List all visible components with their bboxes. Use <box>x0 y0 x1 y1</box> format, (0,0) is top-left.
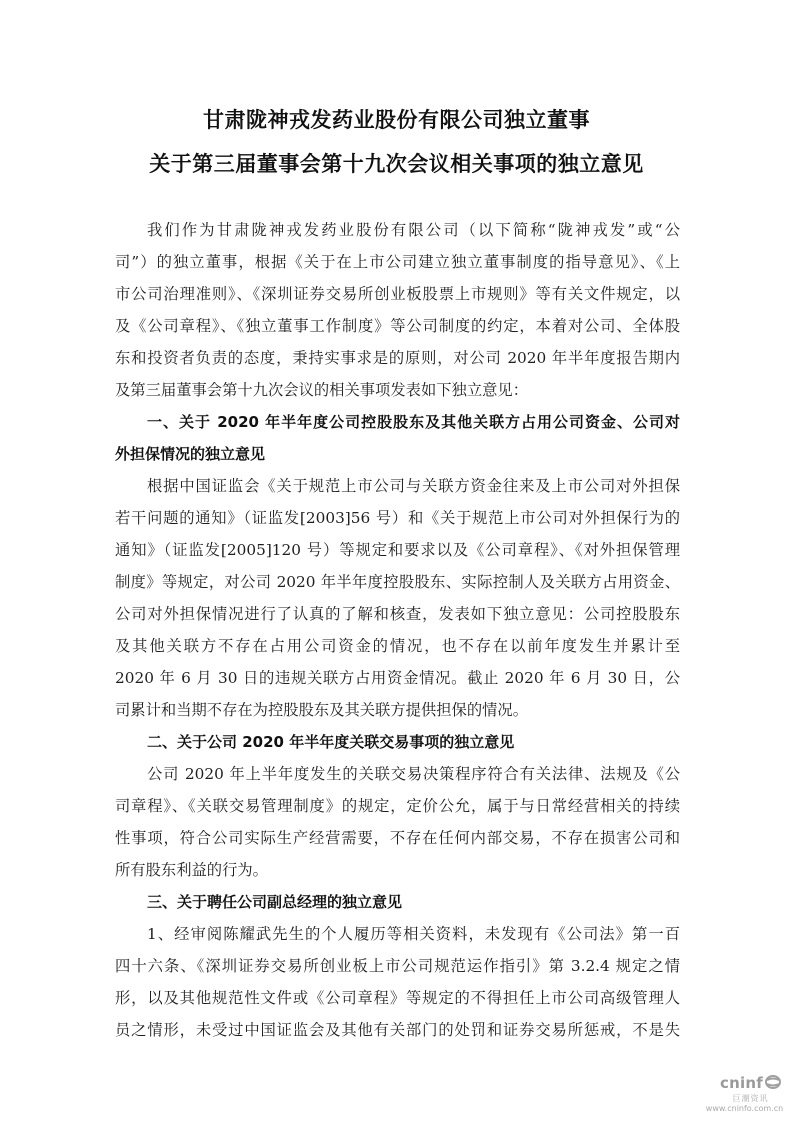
text-line: 形，以及其他规范性文件或《公司章程》等规定的不得担任上市公司高级管理人 <box>115 988 680 1008</box>
text-line: 东和投资者负责的态度，秉持实事求是的原则，对公司 2020 年半年度报告期内 <box>115 348 680 368</box>
text-line: 1、经审阅陈耀武先生的个人履历等相关资料，未发现有《公司法》第一百 <box>147 924 680 944</box>
text-line: 公司 2020 年上半年度发生的关联交易决策程序符合有关法律、法规及《公 <box>147 764 680 784</box>
section-1-heading-cont: 外担保情况的独立意见 <box>115 444 680 464</box>
text-line: 及《公司章程》、《独立董事工作制度》等公司制度的约定，本着对公司、全体股 <box>115 316 680 336</box>
section-1-heading: 一、关于 2020 年半年度公司控股股东及其他关联方占用公司资金、公司对 <box>147 412 680 432</box>
text-line: 所有股东利益的行为。 <box>115 860 680 880</box>
text-line: 通知》（证监发[2005]120 号）等规定和要求以及《公司章程》、《对外担保管… <box>115 540 680 560</box>
text-line: 员之情形，未受过中国证监会及其他有关部门的处罚和证券交易所惩戒，不是失 <box>115 1020 680 1040</box>
text-line: 市公司治理准则》、《深圳证券交易所创业板股票上市规则》等有关文件规定，以 <box>115 284 680 304</box>
watermark-brand-cn: 巨潮资讯 <box>708 1094 793 1104</box>
text-line: 根据中国证监会《关于规范上市公司与关联方资金往来及上市公司对外担保 <box>147 476 680 496</box>
cninfo-logo: cninf <box>708 1074 793 1093</box>
cninfo-watermark: cninf 巨潮资讯 www.cninfo.com.cn <box>708 1074 793 1114</box>
watermark-url: www.cninfo.com.cn <box>696 1104 793 1114</box>
section-2-heading: 二、关于公司 2020 年半年度关联交易事项的独立意见 <box>147 732 680 752</box>
text-line: 性事项，符合公司实际生产经营需要，不存在任何内部交易，不存在损害公司和 <box>115 828 680 848</box>
text-line: 及第三届董事会第十九次会议的相关事项发表如下独立意见： <box>115 380 680 400</box>
section-3-heading: 三、关于聘任公司副总经理的独立意见 <box>147 892 680 912</box>
text-line: 司累计和当期不存在为控股股东及其关联方提供担保的情况。 <box>115 700 680 720</box>
document-title-line-2: 关于第三届董事会第十九次会议相关事项的独立意见 <box>0 148 793 178</box>
text-line: 司”）的独立董事，根据《关于在上市公司建立独立董事制度的指导意见》、《上 <box>115 252 680 272</box>
cninfo-swirl-icon <box>765 1074 781 1093</box>
watermark-brand: cninf <box>720 1076 763 1091</box>
document-title-line-1: 甘肃陇神戎发药业股份有限公司独立董事 <box>0 104 793 134</box>
text-line: 制度》等规定，对公司 2020 年半年度控股股东、实际控制人及关联方占用资金、 <box>115 572 680 592</box>
text-line: 司章程》、《关联交易管理制度》的规定，定价公允，属于与日常经营相关的持续 <box>115 796 680 816</box>
text-line: 2020 年 6 月 30 日的违规关联方占用资金情况。截止 2020 年 6 … <box>115 668 680 688</box>
text-line: 及其他关联方不存在占用公司资金的情况，也不存在以前年度发生并累计至 <box>115 636 680 656</box>
text-line: 我们作为甘肃陇神戎发药业股份有限公司（以下简称“陇神戎发”或“公 <box>147 220 680 240</box>
text-line: 若干问题的通知》（证监发[2003]56 号）和《关于规范上市公司对外担保行为的 <box>115 508 680 528</box>
text-line: 四十六条、《深圳证券交易所创业板上市公司规范运作指引》第 3.2.4 规定之情 <box>115 956 680 976</box>
text-line: 公司对外担保情况进行了认真的了解和核查，发表如下独立意见：公司控股股东 <box>115 604 680 624</box>
